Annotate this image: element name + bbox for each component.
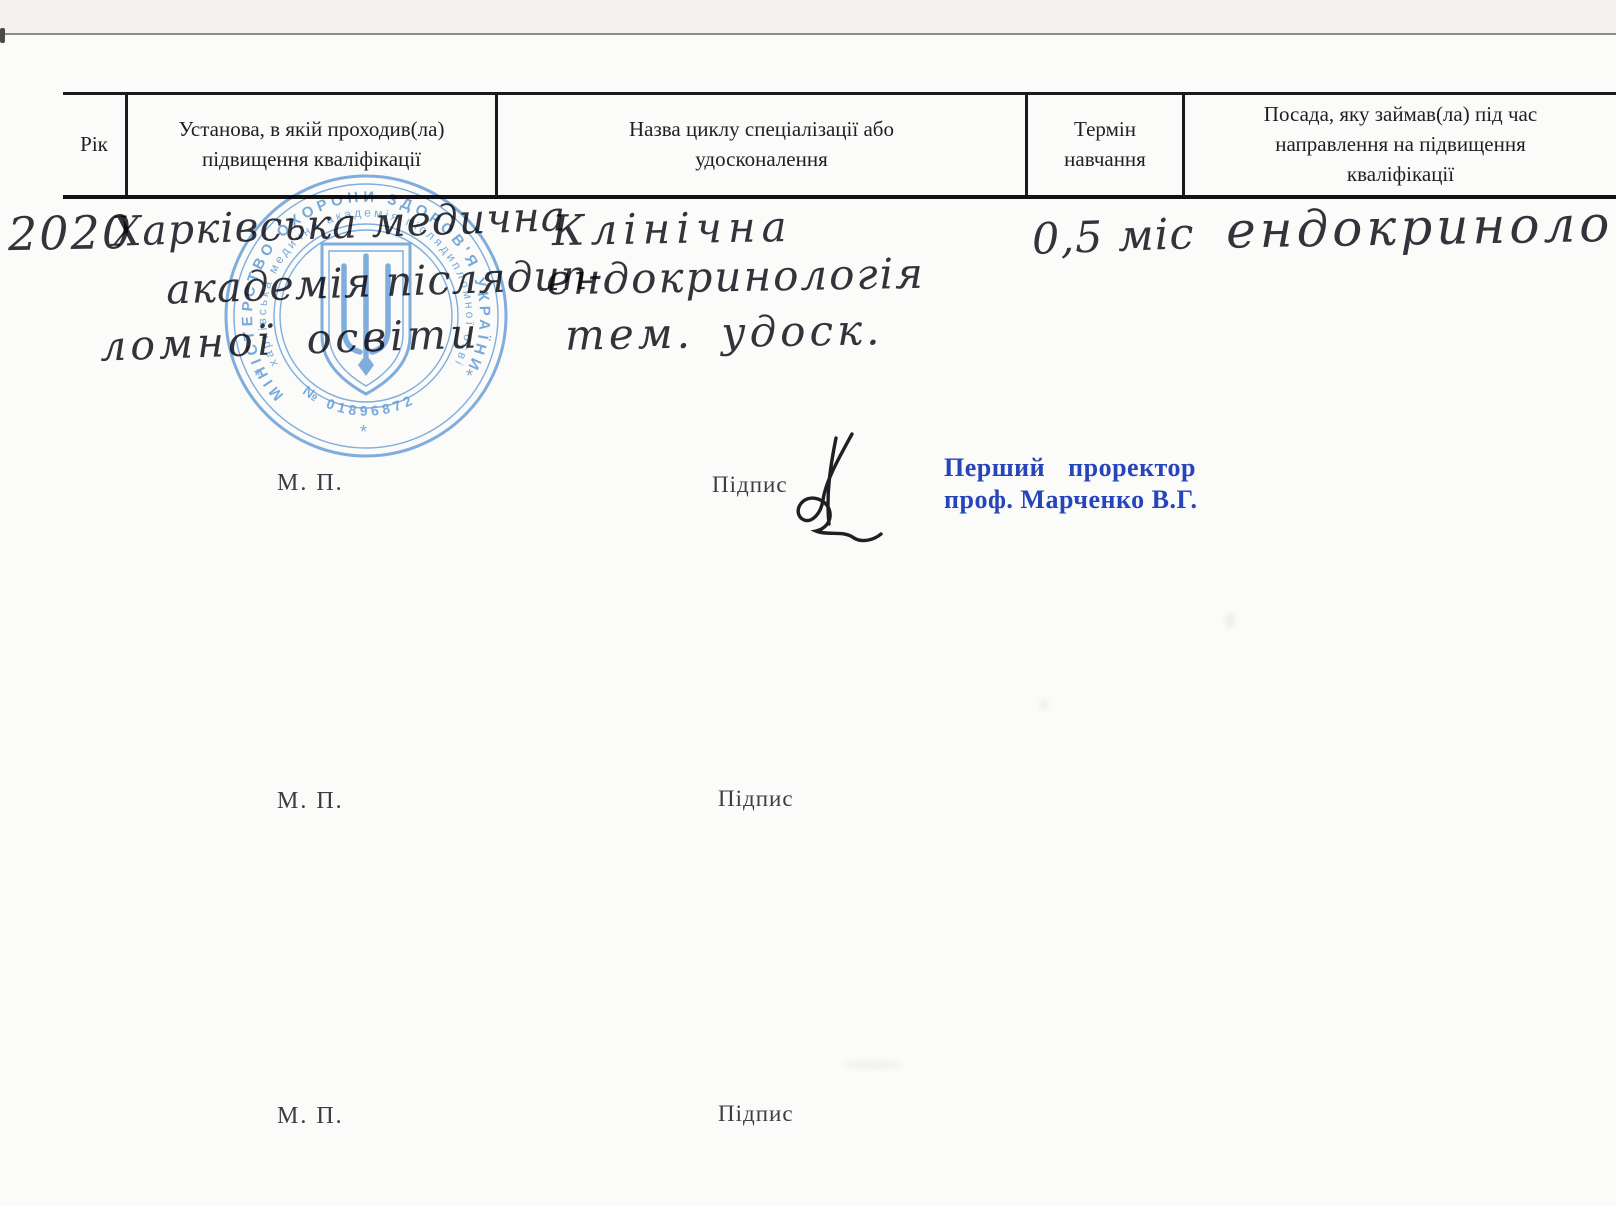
approver-stamp-text: Перший проректор проф. Марченко В.Г. — [944, 452, 1198, 515]
mp-label: М. П. — [277, 788, 344, 815]
stamp-star-bottom: * — [360, 422, 367, 442]
handwritten-course-line3: тем. удоск. — [565, 305, 884, 360]
header-label-course: Назва циклу спеціалізації або удосконале… — [617, 115, 907, 175]
header-cell-course: Назва циклу спеціалізації або удосконале… — [495, 95, 1025, 195]
stamp-star-left: * — [254, 366, 261, 386]
signature-label: Підпис — [712, 472, 788, 498]
header-label-term: Термін навчання — [1050, 115, 1160, 175]
header-cell-position: Посада, яку займав(ла) під час направлен… — [1182, 95, 1616, 195]
handwritten-course-line2: ендокринологія — [546, 249, 926, 305]
header-label-year: Рік — [80, 130, 108, 160]
handwritten-term: 0,5 міс — [1031, 209, 1195, 265]
header-label-position: Посада, яку займав(ла) під час направлен… — [1261, 100, 1541, 189]
approver-title: Перший проректор — [944, 452, 1198, 484]
page-fold-mark — [0, 28, 5, 43]
header-cell-term: Термін навчання — [1025, 95, 1182, 195]
header-cell-year: Рік — [63, 95, 125, 195]
page-fold-line — [0, 33, 1616, 35]
handwritten-signature — [778, 430, 888, 545]
scanned-document-page: Рік Установа, в якій проходив(ла) підвищ… — [0, 0, 1616, 1206]
scan-smudge — [1225, 614, 1235, 628]
scan-smudge — [1040, 700, 1048, 710]
handwritten-position: ендокринолог — [1226, 194, 1616, 259]
signature-label: Підпис — [718, 1101, 794, 1127]
mp-label: М. П. — [277, 470, 344, 497]
handwritten-course-line1: Клінічна — [552, 202, 793, 255]
mp-label: М. П. — [277, 1103, 344, 1130]
scan-smudge — [844, 1060, 904, 1070]
scan-edge-strip — [0, 0, 1616, 33]
approver-name: проф. Марченко В.Г. — [944, 484, 1198, 516]
signature-label: Підпис — [718, 786, 794, 812]
stamp-star-right: * — [466, 366, 473, 386]
